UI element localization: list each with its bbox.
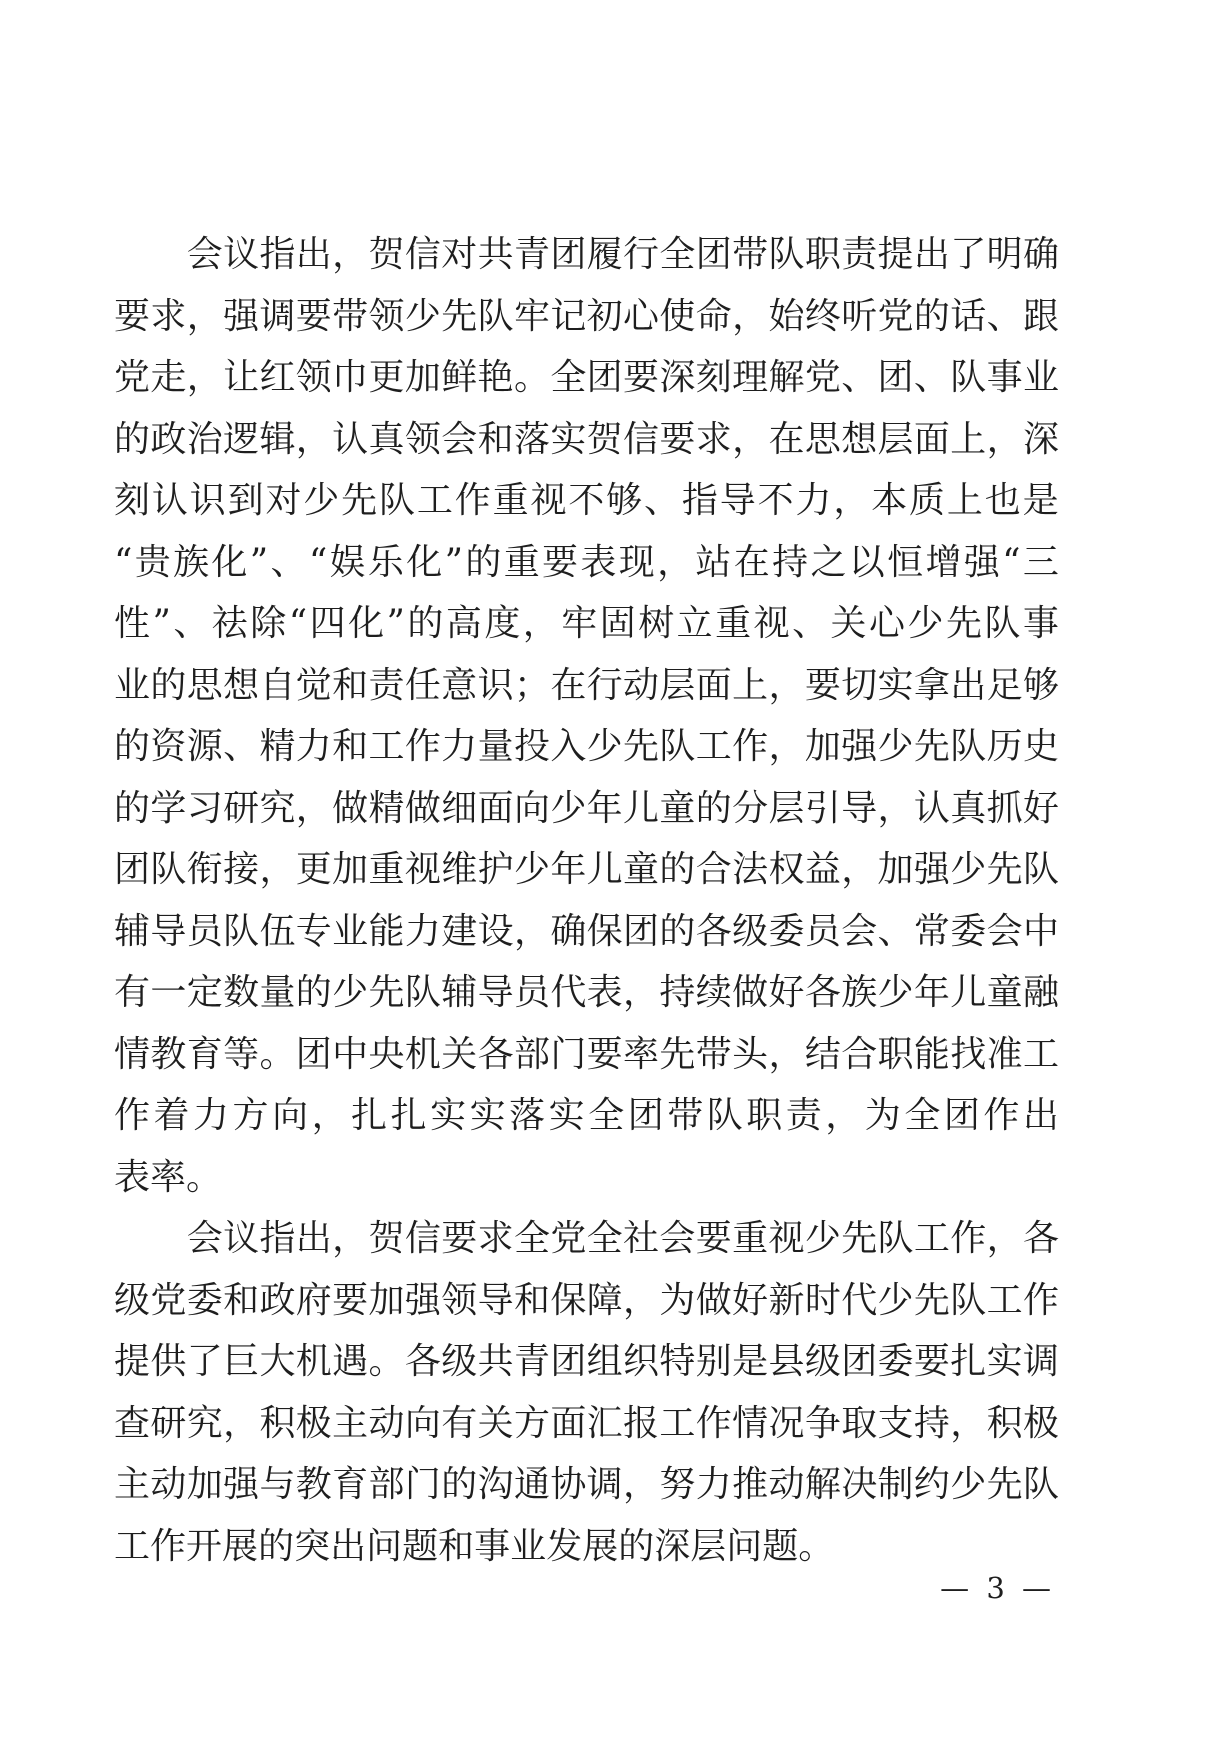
text-line: 情教育等。团中央机关各部门要率先带头，结合职能找准工 [114, 1024, 1059, 1086]
text-line: 要求，强调要带领少先队牢记初心使命，始终听党的话、跟 [114, 286, 1059, 348]
text-line: 查研究，积极主动向有关方面汇报工作情况争取支持，积极 [114, 1393, 1059, 1455]
text-line: “贵族化”、“娱乐化”的重要表现，站在持之以恒增强“三 [114, 532, 1059, 594]
text-line: 表率。 [114, 1147, 1059, 1209]
text-line: 工作开展的突出问题和事业发展的深层问题。 [114, 1516, 1059, 1578]
text-line: 级党委和政府要加强领导和保障，为做好新时代少先队工作 [114, 1270, 1059, 1332]
text-line: 有一定数量的少先队辅导员代表，持续做好各族少年儿童融 [114, 962, 1059, 1024]
text-line: 作着力方向，扎扎实实落实全团带队职责，为全团作出 [114, 1085, 1059, 1147]
text-line: 主动加强与教育部门的沟通协调，努力推动解决制约少先队 [114, 1454, 1059, 1516]
text-line: 性”、祛除“四化”的高度，牢固树立重视、关心少先队事 [114, 593, 1059, 655]
document-page: 会议指出，贺信对共青团履行全团带队职责提出了明确要求，强调要带领少先队牢记初心使… [0, 0, 1217, 1748]
page-number: — 3 — [940, 1566, 1055, 1610]
document-body: 会议指出，贺信对共青团履行全团带队职责提出了明确要求，强调要带领少先队牢记初心使… [114, 224, 1059, 1577]
text-line: 提供了巨大机遇。各级共青团组织特别是县级团委要扎实调 [114, 1331, 1059, 1393]
text-line: 辅导员队伍专业能力建设，确保团的各级委员会、常委会中 [114, 901, 1059, 963]
text-line: 团队衔接，更加重视维护少年儿童的合法权益，加强少先队 [114, 839, 1059, 901]
text-line: 党走，让红领巾更加鲜艳。全团要深刻理解党、团、队事业 [114, 347, 1059, 409]
text-line: 会议指出，贺信要求全党全社会要重视少先队工作，各 [114, 1208, 1059, 1270]
text-line: 的学习研究，做精做细面向少年儿童的分层引导，认真抓好 [114, 778, 1059, 840]
text-line: 的政治逻辑，认真领会和落实贺信要求，在思想层面上，深 [114, 409, 1059, 471]
text-line: 的资源、精力和工作力量投入少先队工作，加强少先队历史 [114, 716, 1059, 778]
text-line: 业的思想自觉和责任意识；在行动层面上，要切实拿出足够 [114, 655, 1059, 717]
text-line: 刻认识到对少先队工作重视不够、指导不力，本质上也是 [114, 470, 1059, 532]
text-line: 会议指出，贺信对共青团履行全团带队职责提出了明确 [114, 224, 1059, 286]
